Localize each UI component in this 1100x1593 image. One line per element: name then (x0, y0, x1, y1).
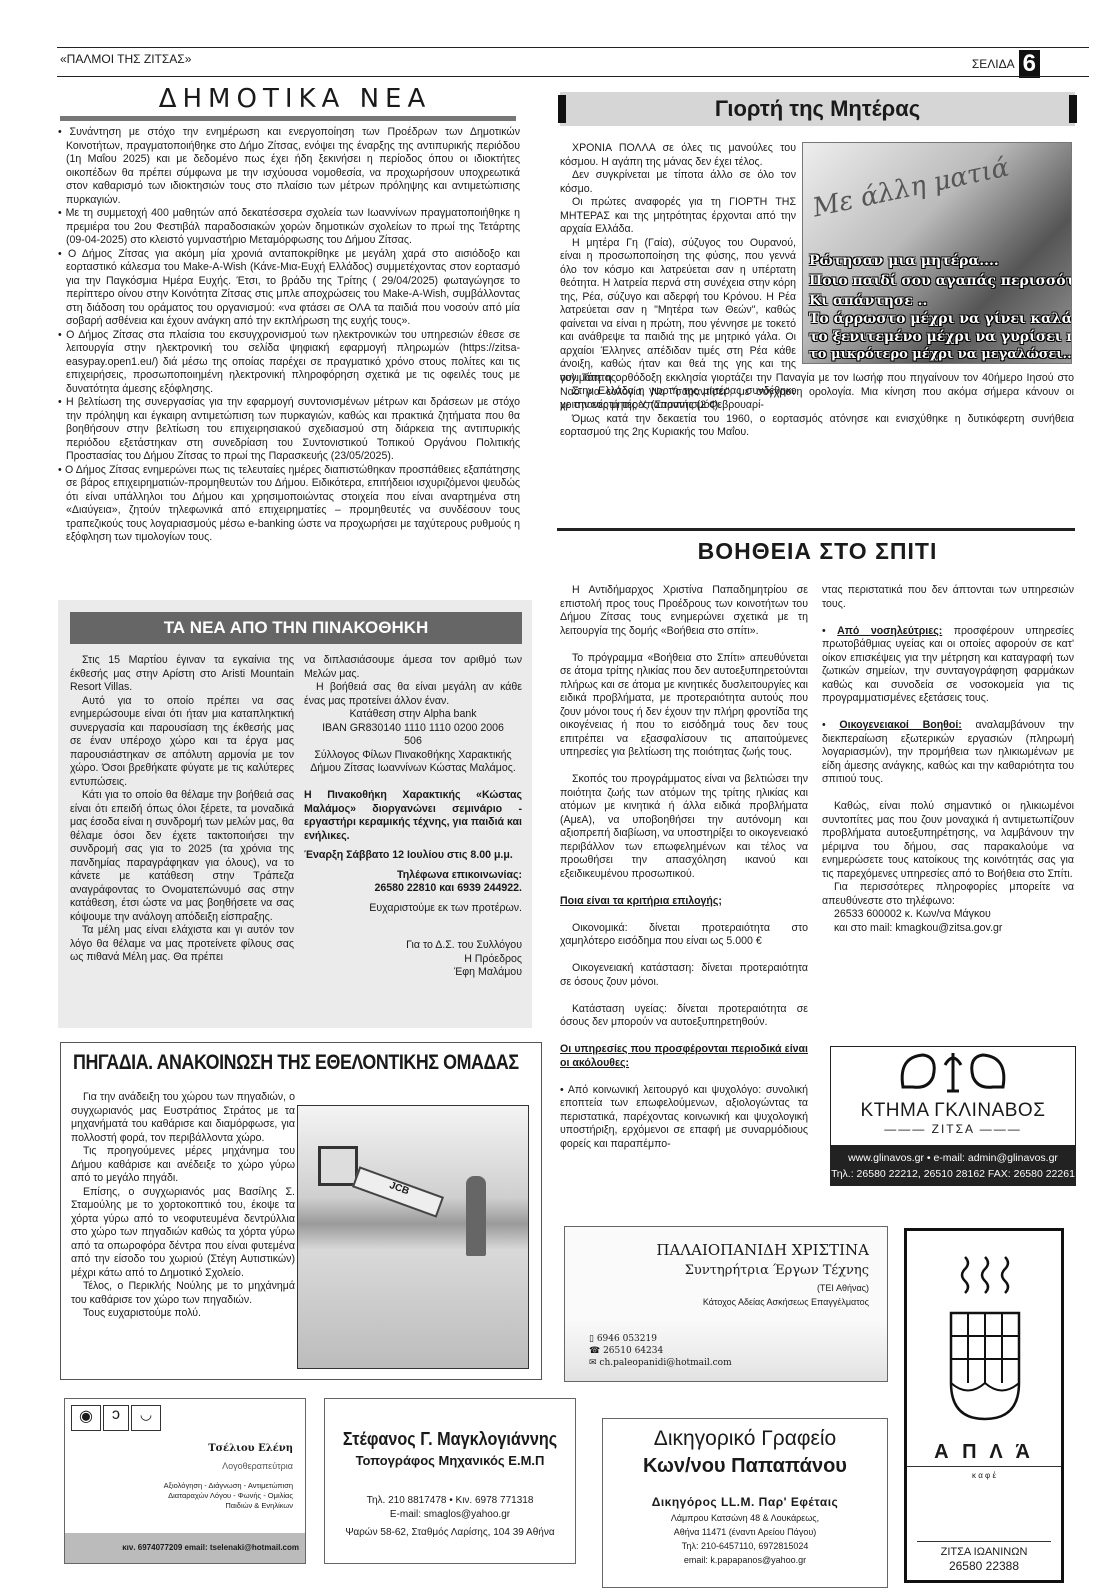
paragraph: Σκοπός του προγράμματος είναι να βελτιώσ… (560, 773, 808, 881)
brain-icon: ◉ (71, 1405, 101, 1431)
poem-line: Ποιο παιδί σου αγαπάς περισσότερο ? (809, 273, 1072, 289)
gallery-section: ΤΑ ΝΕΑ ΑΠΟ ΤΗΝ ΠΙΝΑΚΟΘΗΚΗ Στις 15 Μαρτίο… (58, 600, 532, 1028)
papapanos-addr2: Αθήνα 11471 (έναντι Αρείου Πάγου) (603, 1527, 887, 1537)
magklogiannis-role: Τοπογράφος Μηχανικός Ε.Μ.Π (325, 1453, 575, 1468)
card-contacts: ▯ 6946 053219 ☎ 26510 64234 ✉ ch.paleopa… (589, 1333, 732, 1369)
tseliou-services: Αξιολόγηση - Διάγνωση - Αντιμετώπιση Δια… (164, 1481, 293, 1511)
paragraph: ΧΡΟΝΙΑ ΠΟΛΛΑ σε όλες τις μανούλες του κό… (560, 142, 796, 169)
wells-text: Για την ανάδειξη του χώρου των πηγαδιών,… (71, 1091, 295, 1321)
thanks: Ευχαριστούμε εκ των προτέρων. (304, 902, 522, 916)
contact-mail: και στο mail: kmagkou@zitsa.gov.gr (822, 922, 1074, 936)
puzzle-icons: ◉ ↄ ◡ (71, 1405, 161, 1431)
tseliou-role: Λογοθεραπεύτρια (222, 1461, 293, 1471)
paragraph: Οικονομικά: δίνεται προτεραιότητα στο χα… (560, 922, 808, 949)
paragraph: Αυτό για το οποίο πρέπει να σας ενημερώσ… (70, 695, 294, 790)
papapanos-addr1: Λάμπρου Κατσώνη 48 & Λουκάρεως, (603, 1513, 887, 1523)
poem-line: το μικρότερο μέχρι να μεγαλώσει.. (809, 347, 1072, 362)
news-item: Ο Δήμος Ζίτσας ενημερώνει πως τις τελευτ… (58, 464, 520, 545)
apla-phone: 26580 22388 (907, 1559, 1061, 1573)
service-line: Παιδιών & Ενηλίκων (164, 1501, 293, 1511)
paragraph: να διπλασιάσουμε άμεσα τον αριθμό των Με… (304, 654, 522, 681)
paragraph: Η βοήθειά σας θα είναι μεγάλη αν κάθε έν… (304, 681, 522, 708)
email-line: ✉ ch.paleopanidi@hotmail.com (589, 1357, 732, 1369)
gallery-col2: να διπλασιάσουμε άμεσα τον αριθμό των Με… (304, 654, 522, 980)
phone-line: ☎ 26510 64234 (589, 1345, 732, 1357)
paragraph: Για την ανάδειξη του χώρου των πηγαδιών,… (71, 1091, 295, 1145)
email-link[interactable]: kmagkou@zitsa.gov.gr (895, 922, 1002, 934)
papapanos-phones: Τηλ: 210-6457110, 6972815024 (603, 1541, 887, 1551)
excavator-cab-shape (318, 1146, 358, 1186)
news-item: Με τη συμμετοχή 400 μαθητών από δεκατέσσ… (58, 207, 520, 248)
papapanos-email: email: k.papapanos@yahoo.gr (603, 1555, 887, 1565)
mail-prefix: και στο mail: (834, 922, 895, 934)
poem-line: Το άρρωστο μέχρι να γίνει καλά, (809, 311, 1072, 327)
card-license: Κάτοχος Αδείας Ασκήσεως Επαγγέλματος (703, 1297, 869, 1307)
paragraph: Στις 15 Μαρτίου έγιναν τα εγκαίνια της έ… (70, 654, 294, 695)
account-holder: Σύλλογος Φίλων Πινακοθήκης Χαρακτικής Δή… (304, 749, 522, 776)
seminar-start: Έναρξη Σάββατο 12 Ιουλίου στις 8.00 μ.μ. (304, 849, 522, 863)
municipal-news-title: ΔΗΜΟΤΙΚΑ ΝΕΑ (60, 84, 530, 114)
peacock-logo-icon (893, 1047, 1013, 1095)
news-item: Η βελτίωση της συνεργασίας για την εφαρμ… (58, 396, 520, 464)
glinavos-logo-area: ΚΤΗΜΑ ΓΚΛΙΝΑΒΟΣ ——— ΖΙΤΣΑ ——— (830, 1046, 1076, 1146)
wells-photo: JCB (297, 1105, 529, 1369)
apla-sub: κ α φ έ (907, 1471, 1061, 1480)
header-rule-bottom (57, 76, 1089, 77)
tseliou-contact: κιν. 6974077209 email: tselenaki@hotmail… (65, 1533, 305, 1563)
criteria-heading: Ποια είναι τα κριτήρια επιλογής; (560, 895, 808, 909)
home-help-col2: ντας περιστατικά που δεν άπτονται των υπ… (822, 584, 1074, 935)
paragraph: ου). Τότε η ορθόδοξη εκκλησία γιορτάζει … (560, 372, 1074, 413)
image-script-text: Με άλλη ματιά (810, 153, 1012, 224)
page-label: ΣΕΛΙΔΑ (972, 57, 1015, 71)
glinavos-place: ——— ΖΙΤΣΑ ——— (831, 1122, 1075, 1136)
iban-end: 506 (304, 735, 522, 749)
card-school: (ΤΕΙ Αθήνας) (817, 1283, 869, 1293)
mothers-day-title: Γιορτή της Μητέρας (560, 92, 1075, 126)
glinavos-place-text: ΖΙΤΣΑ (932, 1122, 975, 1136)
iban: IBAN GR830140 1110 1110 0200 2006 (304, 722, 522, 736)
services-heading: Οι υπηρεσίες που προσφέρονται περιοδικά … (560, 1043, 808, 1070)
glinavos-ad: ΚΤΗΜΑ ΓΚΛΙΝΑΒΟΣ ——— ΖΙΤΣΑ ——— www.glinav… (830, 1046, 1076, 1194)
gallery-title: ΤΑ ΝΕΑ ΑΠΟ ΤΗΝ ΠΙΝΑΚΟΘΗΚΗ (70, 612, 522, 644)
poem-line: Κι απάντησε .. (809, 293, 927, 309)
paragraph: Τους ευχαριστούμε πολύ. (71, 1307, 295, 1321)
papapanos-line1: Δικηγορικό Γραφείο (603, 1427, 887, 1451)
magklogiannis-email: E-mail: smaglos@yahoo.gr (325, 1509, 575, 1520)
phone: 26510 64234 (603, 1346, 663, 1356)
poem-line: Ρώτησαν μια μητέρα.... (809, 253, 999, 269)
bank-line: Κατάθεση στην Alpha bank (304, 708, 522, 722)
municipal-news-list: Συνάντηση με στόχο την ενημέρωση και ενε… (58, 126, 520, 545)
home-help-col1: Η Αντιδήμαρχος Χριστίνα Παπαδημητρίου σε… (560, 584, 808, 1151)
papapanos-role: Δικηγόρος LL.M. Παρ' Εφέταις (603, 1495, 887, 1509)
paragraph: Όμως κατά την δεκαετία του 1960, ο εορτα… (560, 413, 1074, 440)
wells-title: ΠΗΓΑΔΙΑ. ΑΝΑΚΟΙΝΩΣΗ ΤΗΣ ΕΘΕΛΟΝΤΙΚΗΣ ΟΜΑΔ… (73, 1051, 519, 1075)
wells-section: ΠΗΓΑΔΙΑ. ΑΝΑΚΟΙΝΩΣΗ ΤΗΣ ΕΘΕΛΟΝΤΙΚΗΣ ΟΜΑΔ… (60, 1042, 542, 1380)
tseliou-name: Τσέλιου Ελένη (208, 1443, 293, 1454)
paragraph: ντας περιστατικά που δεν άπτονται των υπ… (822, 584, 1074, 611)
municipal-news-bar (60, 116, 516, 121)
header-rule-top (57, 47, 1089, 48)
paragraph: Τις προηγούμενες μέρες μηχάνημα του Δήμο… (71, 1145, 295, 1186)
phones: 26580 22810 και 6939 244922. (304, 882, 522, 896)
signature-role: Η Πρόεδρος (304, 953, 522, 967)
news-item: Ο Δήμος Ζίτσας στα πλαίσια του εκσυγχρον… (58, 329, 520, 397)
service-line: Αξιολόγηση - Διάγνωση - Αντιμετώπιση (164, 1481, 293, 1491)
helpers-paragraph: • Οικογενειακοί Βοηθοί: αναλαμβάνουν την… (822, 719, 1074, 787)
poem-line: το ξενιτεμένο μέχρι να γυρίσει πίσω, (809, 329, 1072, 345)
news-item: Ο Δήμος Ζίτσας για ακόμη μία χρονιά αντα… (58, 248, 520, 329)
excavator-arm: JCB (352, 1166, 444, 1217)
page-indicator: ΣΕΛΙΔΑ 6 (972, 50, 1040, 78)
news-item: Συνάντηση με στόχο την ενημέρωση και ενε… (58, 126, 520, 207)
paragraph: Κατάσταση υγείας: δίνεται προτεραιότητα … (560, 1003, 808, 1030)
home-help-title: ΒΟΗΘΕΙΑ ΣΤΟ ΣΠΙΤΙ (560, 538, 1075, 565)
papapanos-line2: Κων/νου Παπαπάνου (603, 1455, 887, 1478)
paragraph: Οικογενειακή κατάσταση: δίνεται προτεραι… (560, 962, 808, 989)
mobile-line: ▯ 6946 053219 (589, 1333, 732, 1345)
signature-name: Έφη Μαλάμου (304, 966, 522, 980)
signature-line: Για το Δ.Σ. του Συλλόγου (304, 939, 522, 953)
nurses-paragraph: • Από νοσηλεύτριες: προσφέρουν υπηρεσίες… (822, 625, 1074, 706)
page-number: 6 (1019, 50, 1040, 78)
apla-place: ΖΙΤΣΑ ΙΩΑΝΙΝΩΝ (917, 1541, 1051, 1558)
paragraph: Επίσης, ο συγχωριανός μας Βασίλης Σ. Στα… (71, 1186, 295, 1281)
paragraph: Καθώς, είναι πολύ σημαντικό οι ηλικιωμέν… (822, 800, 1074, 881)
paragraph: Δεν συγκρίνεται με τίποτα άλλο σε όλο το… (560, 169, 796, 196)
magklogiannis-name: Στέφανος Γ. Μαγκλογιάννης (338, 1429, 563, 1450)
mouth-icon: ◡ (131, 1405, 161, 1431)
seminar-text: Η Πινακοθήκη Χαρακτικής «Κώστας Μαλάμος»… (304, 789, 522, 843)
mothers-day-image: Με άλλη ματιά Ρώτησαν μια μητέρα.... Ποι… (802, 142, 1072, 364)
nurses-label: Από νοσηλεύτριες: (837, 625, 942, 637)
paragraph: Η μητέρα Γη (Γαία), σύζυγος του Ουρανού,… (560, 237, 796, 386)
card-role: Συντηρήτρια Έργων Τέχνης (685, 1263, 869, 1278)
phones-label: Τηλέφωνα επικοινωνίας: (304, 869, 522, 883)
apla-name: Α Π Λ Ά (907, 1441, 1061, 1467)
paragraph: Οι πρώτες αναφορές για τη ΓΙΟΡΤΗ ΤΗΣ ΜΗΤ… (560, 196, 796, 237)
paragraph: Κάτι για το οποίο θα θέλαμε την βοήθειά … (70, 789, 294, 924)
paragraph: Η Αντιδήμαρχος Χριστίνα Παπαδημητρίου σε… (560, 584, 808, 638)
service-line: Διαταραχών Λόγου - Φωνής - Ομιλίας (164, 1491, 293, 1501)
magklogiannis-address: Ψαρών 58-62, Σταθμός Λαρίσης, 104 39 Αθή… (325, 1527, 575, 1538)
tseliou-card: ◉ ↄ ◡ Τσέλιου Ελένη Λογοθεραπεύτρια Αξιο… (64, 1398, 306, 1564)
mothers-day-text-bottom: ου). Τότε η ορθόδοξη εκκλησία γιορτάζει … (560, 372, 1074, 440)
paragraph: Τέλος, ο Περικλής Νούλης με το μηχάνημά … (71, 1280, 295, 1307)
papapanos-card: Δικηγορικό Γραφείο Κων/νου Παπαπάνου Δικ… (602, 1418, 888, 1588)
glinavos-phones: Τηλ.: 26580 22212, 26510 28162 FAX: 2658… (830, 1166, 1076, 1182)
card-name: ΠΑΛΑΙΟΠΑΝΙΔΗ ΧΡΙΣΤΙΝΑ (656, 1241, 869, 1259)
person-figure (466, 1176, 486, 1256)
glinavos-contact: www.glinavos.gr • e-mail: admin@glinavos… (830, 1146, 1076, 1186)
paragraph: • Από κοινωνική λειτουργό και ψυχολόγο: … (560, 1084, 808, 1152)
paragraph: Τα μέλη μας είναι ελάχιστα και γι αυτόν … (70, 924, 294, 965)
magklogiannis-card: Στέφανος Γ. Μαγκλογιάννης Τοπογράφος Μηχ… (324, 1398, 576, 1564)
magklogiannis-phones: Τηλ. 210 8817478 • Κιν. 6978 771318 (325, 1495, 575, 1506)
apla-logo-icon (947, 1253, 1023, 1423)
email: ch.paleopanidi@hotmail.com (599, 1358, 731, 1368)
publication-name: «ΠΑΛΜΟΙ ΤΗΣ ΖΙΤΣΑΣ» (60, 52, 191, 66)
gallery-col1: Στις 15 Μαρτίου έγιναν τα εγκαίνια της έ… (70, 654, 294, 965)
mobile: 6946 053219 (597, 1334, 657, 1344)
section-divider (557, 528, 1075, 531)
glinavos-web: www.glinavos.gr • e-mail: admin@glinavos… (830, 1150, 1076, 1166)
contact-phone: 26533 600002 κ. Κων/να Μάγκου (822, 908, 1074, 922)
apla-ad: Α Π Λ Ά κ α φ έ ΖΙΤΣΑ ΙΩΑΝΙΝΩΝ 26580 223… (904, 1228, 1064, 1583)
paleopanidi-card: ΠΑΛΑΙΟΠΑΝΙΔΗ ΧΡΙΣΤΙΝΑ Συντηρήτρια Έργων … (564, 1226, 888, 1382)
ear-icon: ↄ (103, 1405, 129, 1431)
glinavos-name: ΚΤΗΜΑ ΓΚΛΙΝΑΒΟΣ (831, 1100, 1075, 1122)
paragraph: Το πρόγραμμα «Βοήθεια στο Σπίτι» απευθύν… (560, 652, 808, 760)
mothers-day-title-text: Γιορτή της Μητέρας (715, 96, 920, 122)
helpers-label: Οικογενειακοί Βοηθοί: (839, 719, 961, 731)
paragraph: Για περισσότερες πληροφορίες μπορείτε να… (822, 881, 1074, 908)
